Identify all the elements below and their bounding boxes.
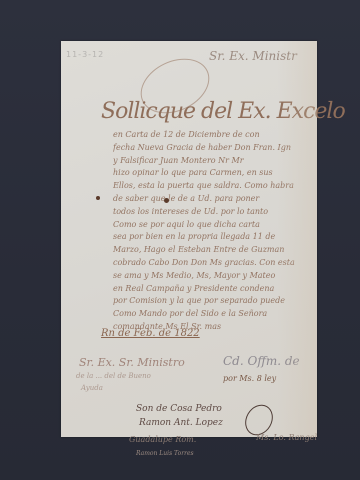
- ink-spot: [96, 196, 100, 200]
- addressee-left-line2: de la ... del de Bueno: [76, 372, 151, 380]
- addressee-right-title: Cd. Offm. de: [223, 354, 300, 368]
- body-line: en Carta de 12 de Diciembre de con: [113, 129, 313, 142]
- body-line: por Comision y la que por separado puede: [113, 295, 313, 308]
- letter-body: en Carta de 12 de Diciembre de con fecha…: [113, 129, 313, 334]
- folio-mark: Sr. Ex. Ministr: [209, 49, 297, 63]
- body-line: de saber que le de a Ud. para poner: [113, 193, 313, 206]
- signature-4: Ramon Luis Torres: [136, 450, 194, 457]
- body-line: Como Mando por del Sido e la Señora: [113, 308, 313, 321]
- body-line: Como se por aqui lo que dicha carta: [113, 219, 313, 232]
- body-line: y Falsificar Juan Montero Nr Mr: [113, 155, 313, 168]
- body-line: fecha Nueva Gracia de haber Don Fran. Ig…: [113, 142, 313, 155]
- body-line: Ellos, esta la puerta que saldra. Como h…: [113, 180, 313, 193]
- body-line: Marzo, Hago el Esteban Entre de Guzman: [113, 244, 313, 257]
- archive-reference: 11-3-12: [66, 50, 104, 59]
- body-line: sea por bien en la propria llegada 11 de: [113, 231, 313, 244]
- ink-spot: [164, 198, 169, 203]
- body-line: se ama y Ms Medio, Ms, Mayor y Mateo: [113, 270, 313, 283]
- signature-5: Ms. Lo. Rangel: [256, 433, 317, 442]
- body-line: en Real Campaña y Presidente condena: [113, 283, 313, 296]
- signature-2: Ramon Ant. Lopez: [139, 418, 223, 428]
- addressee-right-line2: por Ms. 8 ley: [223, 374, 276, 383]
- addressee-left-line3: Ayuda: [81, 384, 103, 392]
- body-line: hizo opinar lo que para Carmen, en sus: [113, 167, 313, 180]
- manuscript-page: 11-3-12 Sr. Ex. Ministr Sollicque del Ex…: [61, 41, 317, 437]
- document-heading: Sollicque del Ex. Excelo: [101, 99, 345, 124]
- body-line: todos los intereses de Ud. por lo tanto: [113, 206, 313, 219]
- body-line: cobrado Cabo Don Don Ms gracias. Con est…: [113, 257, 313, 270]
- date-line: Rn de Feb. de 1822: [101, 328, 200, 339]
- signature-1: Son de Cosa Pedro: [136, 404, 222, 414]
- signature-3: Guadalupe Rom.: [129, 435, 196, 444]
- addressee-left-title: Sr. Ex. Sr. Ministro: [79, 356, 185, 369]
